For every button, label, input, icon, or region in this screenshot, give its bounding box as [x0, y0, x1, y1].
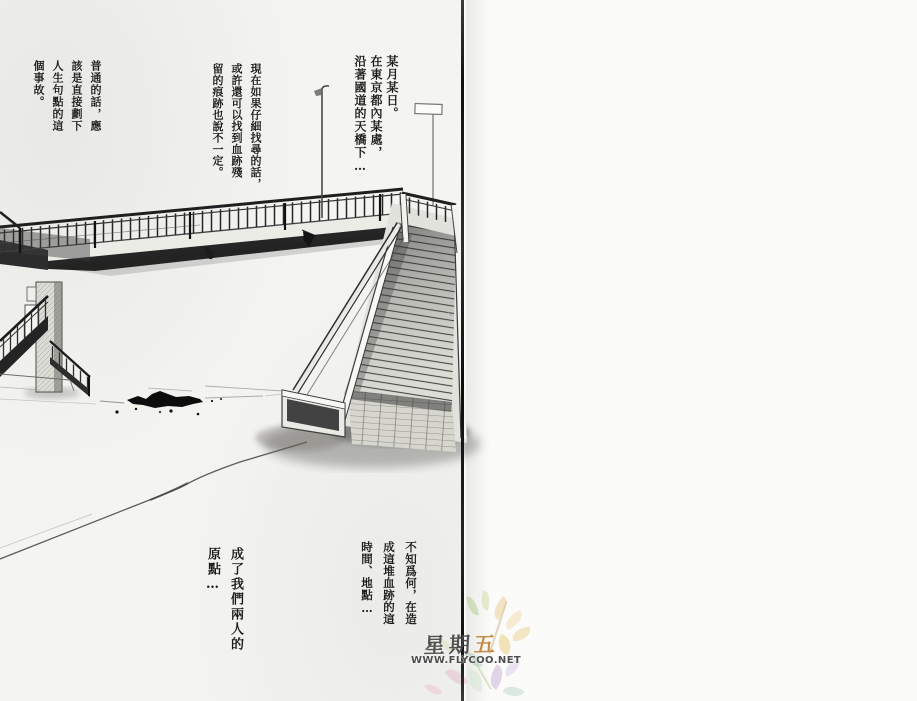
narration-bottom-right: 不知爲何，在造 成這堆血跡的這 時間、地點…	[356, 541, 422, 627]
narration-mid-left: 現在如果仔細找尋的話， 或許還可以找到血跡殘 留的痕跡也說不一定。	[208, 63, 265, 195]
page-fold-line	[461, 0, 464, 701]
narration-top-right: 某月某日。 在東京都內某處， 沿著國道的天橋下…	[352, 55, 400, 177]
blood-stain	[100, 391, 282, 415]
watermark-brand-accent: 五	[473, 631, 499, 656]
watermark-brand-text: 星期	[423, 632, 474, 658]
footbridge-artwork	[0, 0, 917, 701]
narration-top-left: 普通的話，應 該是直接劃下 人生句點的這 個事故。	[29, 60, 105, 134]
manga-page-spread: 某月某日。 在東京都內某處， 沿著國道的天橋下… 普通的話，應 該是直接劃下 人…	[0, 0, 917, 701]
watermark-url: WWW.FLYCOO.NET	[411, 655, 521, 666]
narration-bottom-left: 成了我們兩人的 原點…	[201, 547, 247, 653]
